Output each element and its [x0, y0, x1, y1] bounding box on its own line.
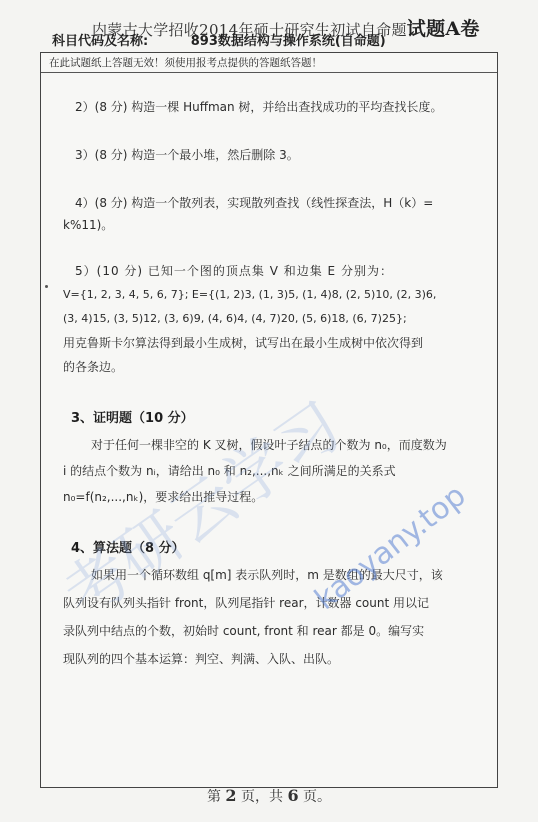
- total-pages: 6: [287, 786, 298, 805]
- question-5-line4: 用克鲁斯卡尔算法得到最小生成树，试写出在最小生成树中依次得到: [63, 331, 473, 355]
- section-4-line1: 如果用一个循环数组 q[m] 表示队列时，m 是数组的最大尺寸，该: [91, 563, 503, 587]
- section-4-line2: 队列设有队列头指针 front，队列尾指针 rear，计数器 count 用以记: [63, 591, 475, 615]
- subject-line: 科目代码及名称: 893数据结构与操作系统(自命题): [52, 30, 386, 49]
- section-3-title: 3、证明题（10 分）: [71, 407, 194, 431]
- section-4-line4: 现队列的四个基本运算：判空、判满、入队、出队。: [63, 647, 475, 671]
- question-5-line2: V={1, 2, 3, 4, 5, 6, 7}; E={(1, 2)3, (1,…: [63, 283, 473, 307]
- question-2: 2）(8 分) 构造一棵 Huffman 树，并给出查找成功的平均查找长度。: [75, 95, 485, 119]
- question-4-line2: k%11)。: [63, 213, 473, 237]
- question-3: 3）(8 分) 构造一个最小堆，然后删除 3。: [75, 143, 485, 167]
- question-4-line1: 4）(8 分) 构造一个散列表，实现散列查找（线性探查法，H（k）=: [75, 191, 485, 215]
- question-5-line1: 5）(10 分) 已知一个图的顶点集 V 和边集 E 分别为：: [75, 259, 485, 283]
- section-4-title: 4、算法题（8 分）: [71, 537, 185, 561]
- question-5-line3: (3, 4)15, (3, 5)12, (3, 6)9, (4, 6)4, (4…: [63, 307, 473, 331]
- current-page: 2: [225, 786, 236, 805]
- footer-post: 页。: [303, 789, 331, 805]
- subject-value: 893数据结构与操作系统(自命题): [191, 34, 386, 49]
- exam-sheet: 在此试题纸上答题无效！须使用报考点提供的答题纸答题！ 2）(8 分) 构造一棵 …: [40, 52, 498, 788]
- subject-label: 科目代码及名称:: [52, 34, 148, 49]
- section-3-line3: n₀=f(n₂,...,nₖ)，要求给出推导过程。: [63, 485, 475, 509]
- section-3-line1: 对于任何一棵非空的 K 叉树，假设叶子结点的个数为 n₀，而度数为: [91, 433, 503, 457]
- page-header: 内蒙古大学招收2014年硕士研究生初试自命题试题A卷 科目代码及名称: 893数…: [0, 0, 538, 54]
- question-5-line5: 的各条边。: [63, 355, 473, 379]
- section-3-line2: i 的结点个数为 nᵢ，请给出 n₀ 和 n₂,...,nₖ 之间所满足的关系式: [63, 459, 475, 483]
- page-footer: 第 2 页，共 6 页。: [0, 786, 538, 806]
- footer-mid: 页，共: [241, 789, 283, 805]
- scan-speck: [45, 285, 48, 288]
- footer-pre: 第: [207, 789, 221, 805]
- exam-title-suffix: 试题A卷: [407, 18, 480, 40]
- section-4-line3: 录队列中结点的个数，初始时 count, front 和 rear 都是 0。编…: [63, 619, 475, 643]
- answer-notice: 在此试题纸上答题无效！须使用报考点提供的答题纸答题！: [41, 53, 497, 73]
